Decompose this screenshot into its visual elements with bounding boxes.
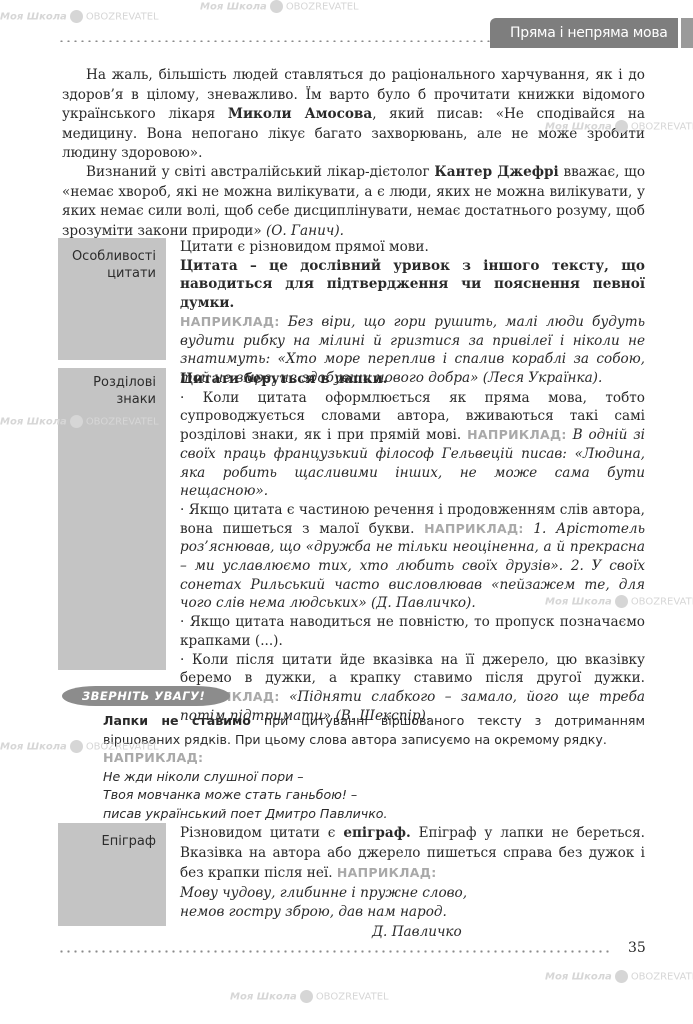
verse-line: Твоя мовчанка може стать ганьбою! –: [103, 787, 357, 802]
attention-content: Лапки не ставимо при цитуванні віршовано…: [103, 712, 645, 823]
textbook-page: Пряма і непряма мова На жаль, більшість …: [0, 0, 693, 1024]
label-features: Особливості цитати: [58, 238, 166, 282]
rule-3: Якщо цитата наводиться не повністю, то п…: [180, 614, 645, 649]
watermark: Моя ШколаOBOZREVATEL: [0, 10, 159, 23]
section-title-tab: Пряма і непряма мова: [490, 18, 678, 48]
label-epigraph: Епіграф: [58, 823, 166, 850]
example-label: НАПРИКЛАД:: [467, 427, 567, 442]
epigraph-content: Різновидом цитати є епіграф. Епіграф у л…: [180, 824, 645, 942]
watermark-logo-icon: [70, 740, 83, 753]
page-number: 35: [628, 940, 646, 956]
intro-p2-text: Визнаний у світі австралійський лікар-ді…: [86, 164, 434, 180]
epigraph-verse-line: Мову чудову, глибинне і пружне слово,: [180, 885, 467, 901]
features-content: Цитати є різновидом прямої мови. Цитата …: [180, 238, 645, 388]
punctuation-content: Цитати беруться в лапки. · Коли цитата о…: [180, 370, 645, 725]
header-dotted-rule: [58, 40, 490, 42]
label-box-punctuation: Розділові знаки: [58, 368, 166, 670]
epigraph-verse-line: немов гостру зброю, дав нам народ.: [180, 904, 447, 920]
watermark-logo-icon: [270, 0, 283, 13]
verse-line: писав український поет Дмитро Павличко.: [103, 806, 388, 821]
intro-p2-source: (О. Ганич).: [266, 223, 344, 239]
label-box-features: Особливості цитати: [58, 238, 166, 360]
intro-paragraph-2: Визнаний у світі австралійський лікар-ді…: [62, 163, 645, 241]
watermark: Моя ШколаOBOZREVATEL: [545, 970, 693, 983]
header-edge-decoration: [681, 18, 693, 48]
watermark-logo-icon: [615, 970, 628, 983]
rule-4: Коли після цитати йде вказівка на її дже…: [180, 652, 645, 687]
attention-bold: Лапки не ставимо: [103, 713, 251, 728]
watermark: Моя ШколаOBOZREVATEL: [230, 990, 389, 1003]
epigraph-author: Д. Павличко: [372, 924, 462, 940]
features-line1: Цитати є різновидом прямої мови.: [180, 238, 645, 257]
intro-p1-name: Миколи Амосова: [228, 106, 372, 122]
label-box-epigraph: Епіграф: [58, 823, 166, 926]
epigraph-term: епіграф.: [343, 825, 410, 841]
label-punctuation: Розділові знаки: [58, 368, 166, 408]
watermark: Моя ШколаOBOZREVATEL: [200, 0, 359, 13]
verse-line: Не жди ніколи слушної пори –: [103, 769, 304, 784]
attention-banner-text: ЗВЕРНІТЬ УВАГУ!: [82, 686, 205, 706]
example-label: НАПРИКЛАД:: [103, 750, 203, 765]
punctuation-heading: Цитати беруться в лапки.: [180, 371, 387, 387]
footer-dotted-rule: [58, 950, 613, 953]
intro-paragraph-1: На жаль, більшість людей ставляться до р…: [62, 66, 645, 164]
watermark-logo-icon: [300, 990, 313, 1003]
watermark-logo-icon: [70, 10, 83, 23]
intro-p2-name: Кантер Джефрі: [434, 164, 558, 180]
epigraph-text-pre: Різновидом цитати є: [180, 825, 343, 841]
example-label: НАПРИКЛАД:: [424, 521, 524, 536]
example-label: НАПРИКЛАД:: [180, 314, 280, 329]
example-label: НАПРИКЛАД:: [337, 865, 437, 880]
quote-definition: Цитата – це дослівний уривок з іншого те…: [180, 258, 645, 311]
